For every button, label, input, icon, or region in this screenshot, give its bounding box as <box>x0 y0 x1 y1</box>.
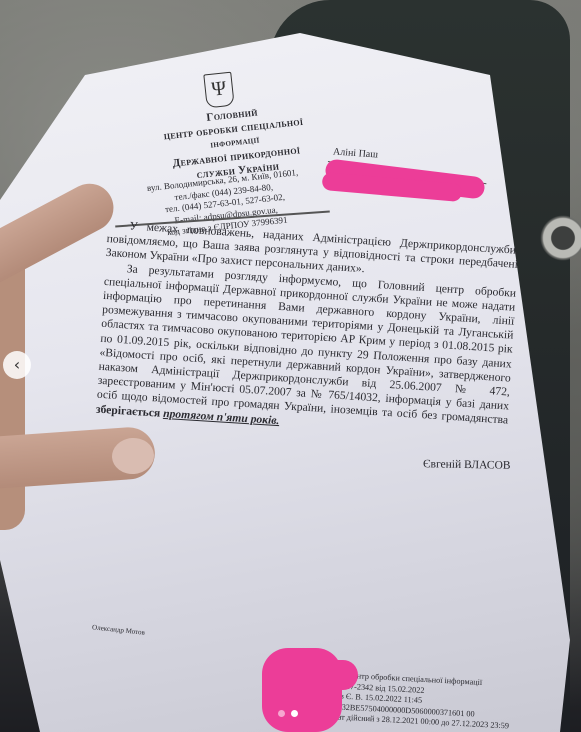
chevron-left-icon: ‹ <box>14 355 20 374</box>
bold-phrase: зберігається <box>96 402 161 419</box>
document: Ψ Головний центр обробки спеціальної інф… <box>0 0 581 732</box>
redaction-mark <box>268 660 358 690</box>
signatory-name: Євгеній ВЛАСОВ <box>423 458 511 472</box>
carousel-previous-button[interactable]: ‹ <box>3 351 31 379</box>
paragraph-2: За результатами розгляду інформуємо, що … <box>96 261 517 443</box>
carousel-dot-1[interactable] <box>278 710 285 717</box>
recipient-name: Аліні Паш <box>333 146 379 160</box>
executor-name: Олександр Мотов <box>92 623 146 636</box>
trident-icon: Ψ <box>203 72 234 109</box>
carousel-pagination <box>278 710 298 717</box>
carousel-dot-2[interactable] <box>291 710 298 717</box>
letter-body: У межах повноважень, наданих Адміністрац… <box>96 218 520 442</box>
